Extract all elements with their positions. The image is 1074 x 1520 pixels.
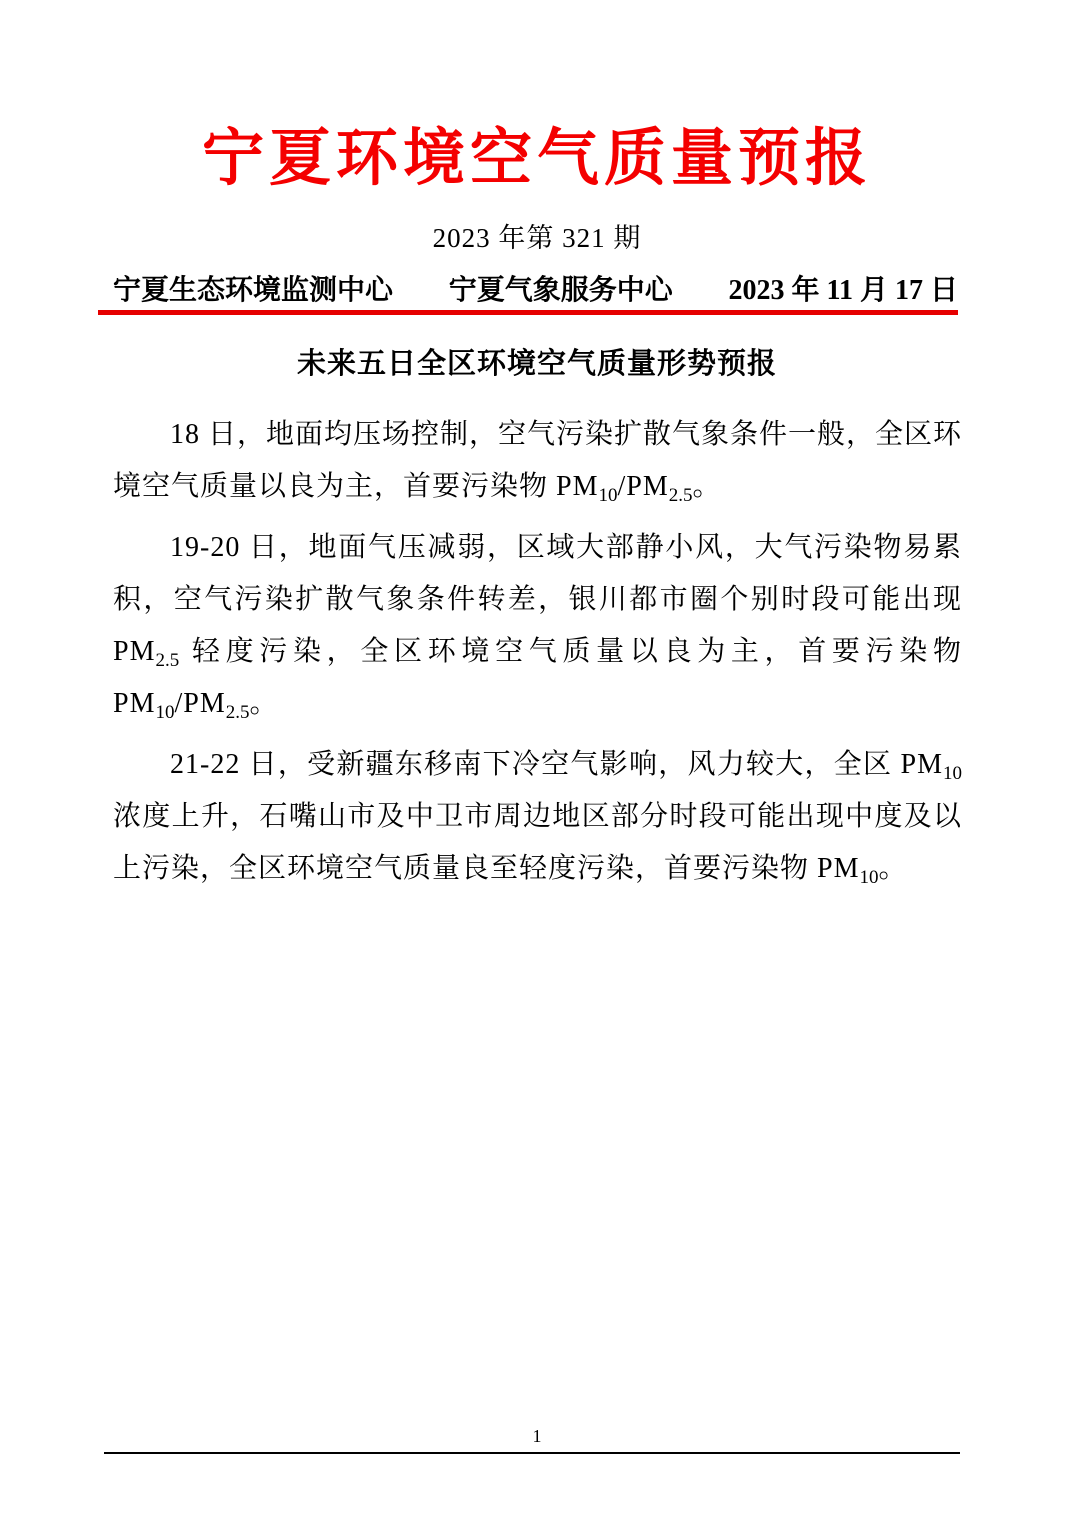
document-page: 宁夏环境空气质量预报 2023 年第 321 期 宁夏生态环境监测中心 宁夏气象… bbox=[0, 0, 1074, 1520]
paragraph-forecast-day18: 18 日，地面均压场控制，空气污染扩散气象条件一般，全区环境空气质量以良为主，首… bbox=[113, 409, 962, 513]
masthead-rule bbox=[98, 310, 958, 315]
page-number: 1 bbox=[0, 1423, 1074, 1449]
issue-number: 2023 年第 321 期 bbox=[0, 219, 1074, 257]
footer-rule bbox=[104, 1452, 960, 1454]
paragraph-forecast-day21-22: 21-22 日，受新疆东移南下冷空气影响，风力较大，全区 PM10 浓度上升，石… bbox=[113, 739, 962, 895]
paragraph-forecast-day19-20: 19-20 日，地面气压减弱，区域大部静小风，大气污染物易累积，空气污染扩散气象… bbox=[113, 522, 962, 730]
document-title: 宁夏环境空气质量预报 bbox=[0, 122, 1074, 196]
org-left: 宁夏生态环境监测中心 bbox=[113, 271, 393, 311]
section-title: 未来五日全区环境空气质量形势预报 bbox=[0, 343, 1074, 385]
org-center: 宁夏气象服务中心 bbox=[449, 271, 673, 311]
masthead-date: 2023 年 11 月 17 日 bbox=[729, 271, 958, 311]
masthead-row: 宁夏生态环境监测中心 宁夏气象服务中心 2023 年 11 月 17 日 bbox=[113, 271, 958, 311]
document-body: 18 日，地面均压场控制，空气污染扩散气象条件一般，全区环境空气质量以良为主，首… bbox=[113, 409, 962, 904]
